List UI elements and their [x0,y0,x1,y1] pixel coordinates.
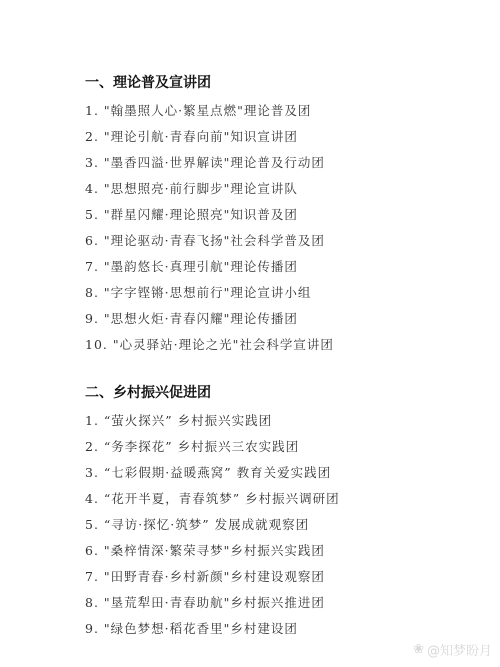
list-item: 10. "心灵驿站·理论之光"社会科学宣讲团 [85,332,445,358]
list-item: 5. “寻访·探忆·筑梦” 发展成就观察团 [85,512,445,538]
list-item: 4. “花开半夏，青春筑梦” 乡村振兴调研团 [85,486,445,512]
list-item: 5. "群星闪耀·理论照亮"知识普及团 [85,202,445,228]
list-item: 1. "翰墨照人心·繁星点燃"理论普及团 [85,98,445,124]
section-heading: 一、理论普及宣讲团 [85,72,445,94]
list-item: 8. "垦荒犁田·青春助航"乡村振兴推进团 [85,590,445,616]
section-heading: 二、乡村振兴促进团 [85,382,445,404]
list-item: 3. "墨香四溢·世界解读"理论普及行动团 [85,150,445,176]
list-item: 8. "字字铿锵·思想前行"理论宣讲小组 [85,280,445,306]
list-item: 7. "田野青春·乡村新颜"乡村建设观察团 [85,564,445,590]
list-item: 6. "桑梓情深·繁荣寻梦"乡村振兴实践团 [85,538,445,564]
section-theory: 一、理论普及宣讲团 1. "翰墨照人心·繁星点燃"理论普及团 2. "理论引航·… [85,72,445,358]
list-item: 2. “务李探花” 乡村振兴三农实践团 [85,434,445,460]
section-gap [85,358,445,382]
watermark-text: @知梦盼月 [427,640,492,659]
list-item: 3. “七彩假期·益暖燕窝” 教育关爱实践团 [85,460,445,486]
watermark: ❀ @知梦盼月 [413,640,492,659]
list-item: 2. "理论引航·青春向前"知识宣讲团 [85,124,445,150]
section-rural: 二、乡村振兴促进团 1. “萤火探兴” 乡村振兴实践团 2. “务李探花” 乡村… [85,382,445,642]
list-item: 9. "绿色梦想·稻花香里"乡村建设团 [85,616,445,642]
list-item: 1. “萤火探兴” 乡村振兴实践团 [85,408,445,434]
document-page: 一、理论普及宣讲团 1. "翰墨照人心·繁星点燃"理论普及团 2. "理论引航·… [85,72,445,642]
list-item: 7. "墨韵悠长·真理引航"理论传播团 [85,254,445,280]
paw-icon: ❀ [413,642,424,657]
list-item: 6. "理论驱动·青春飞扬"社会科学普及团 [85,228,445,254]
list-item: 4. "思想照亮·前行脚步"理论宣讲队 [85,176,445,202]
list-item: 9. "思想火炬·青春闪耀"理论传播团 [85,306,445,332]
